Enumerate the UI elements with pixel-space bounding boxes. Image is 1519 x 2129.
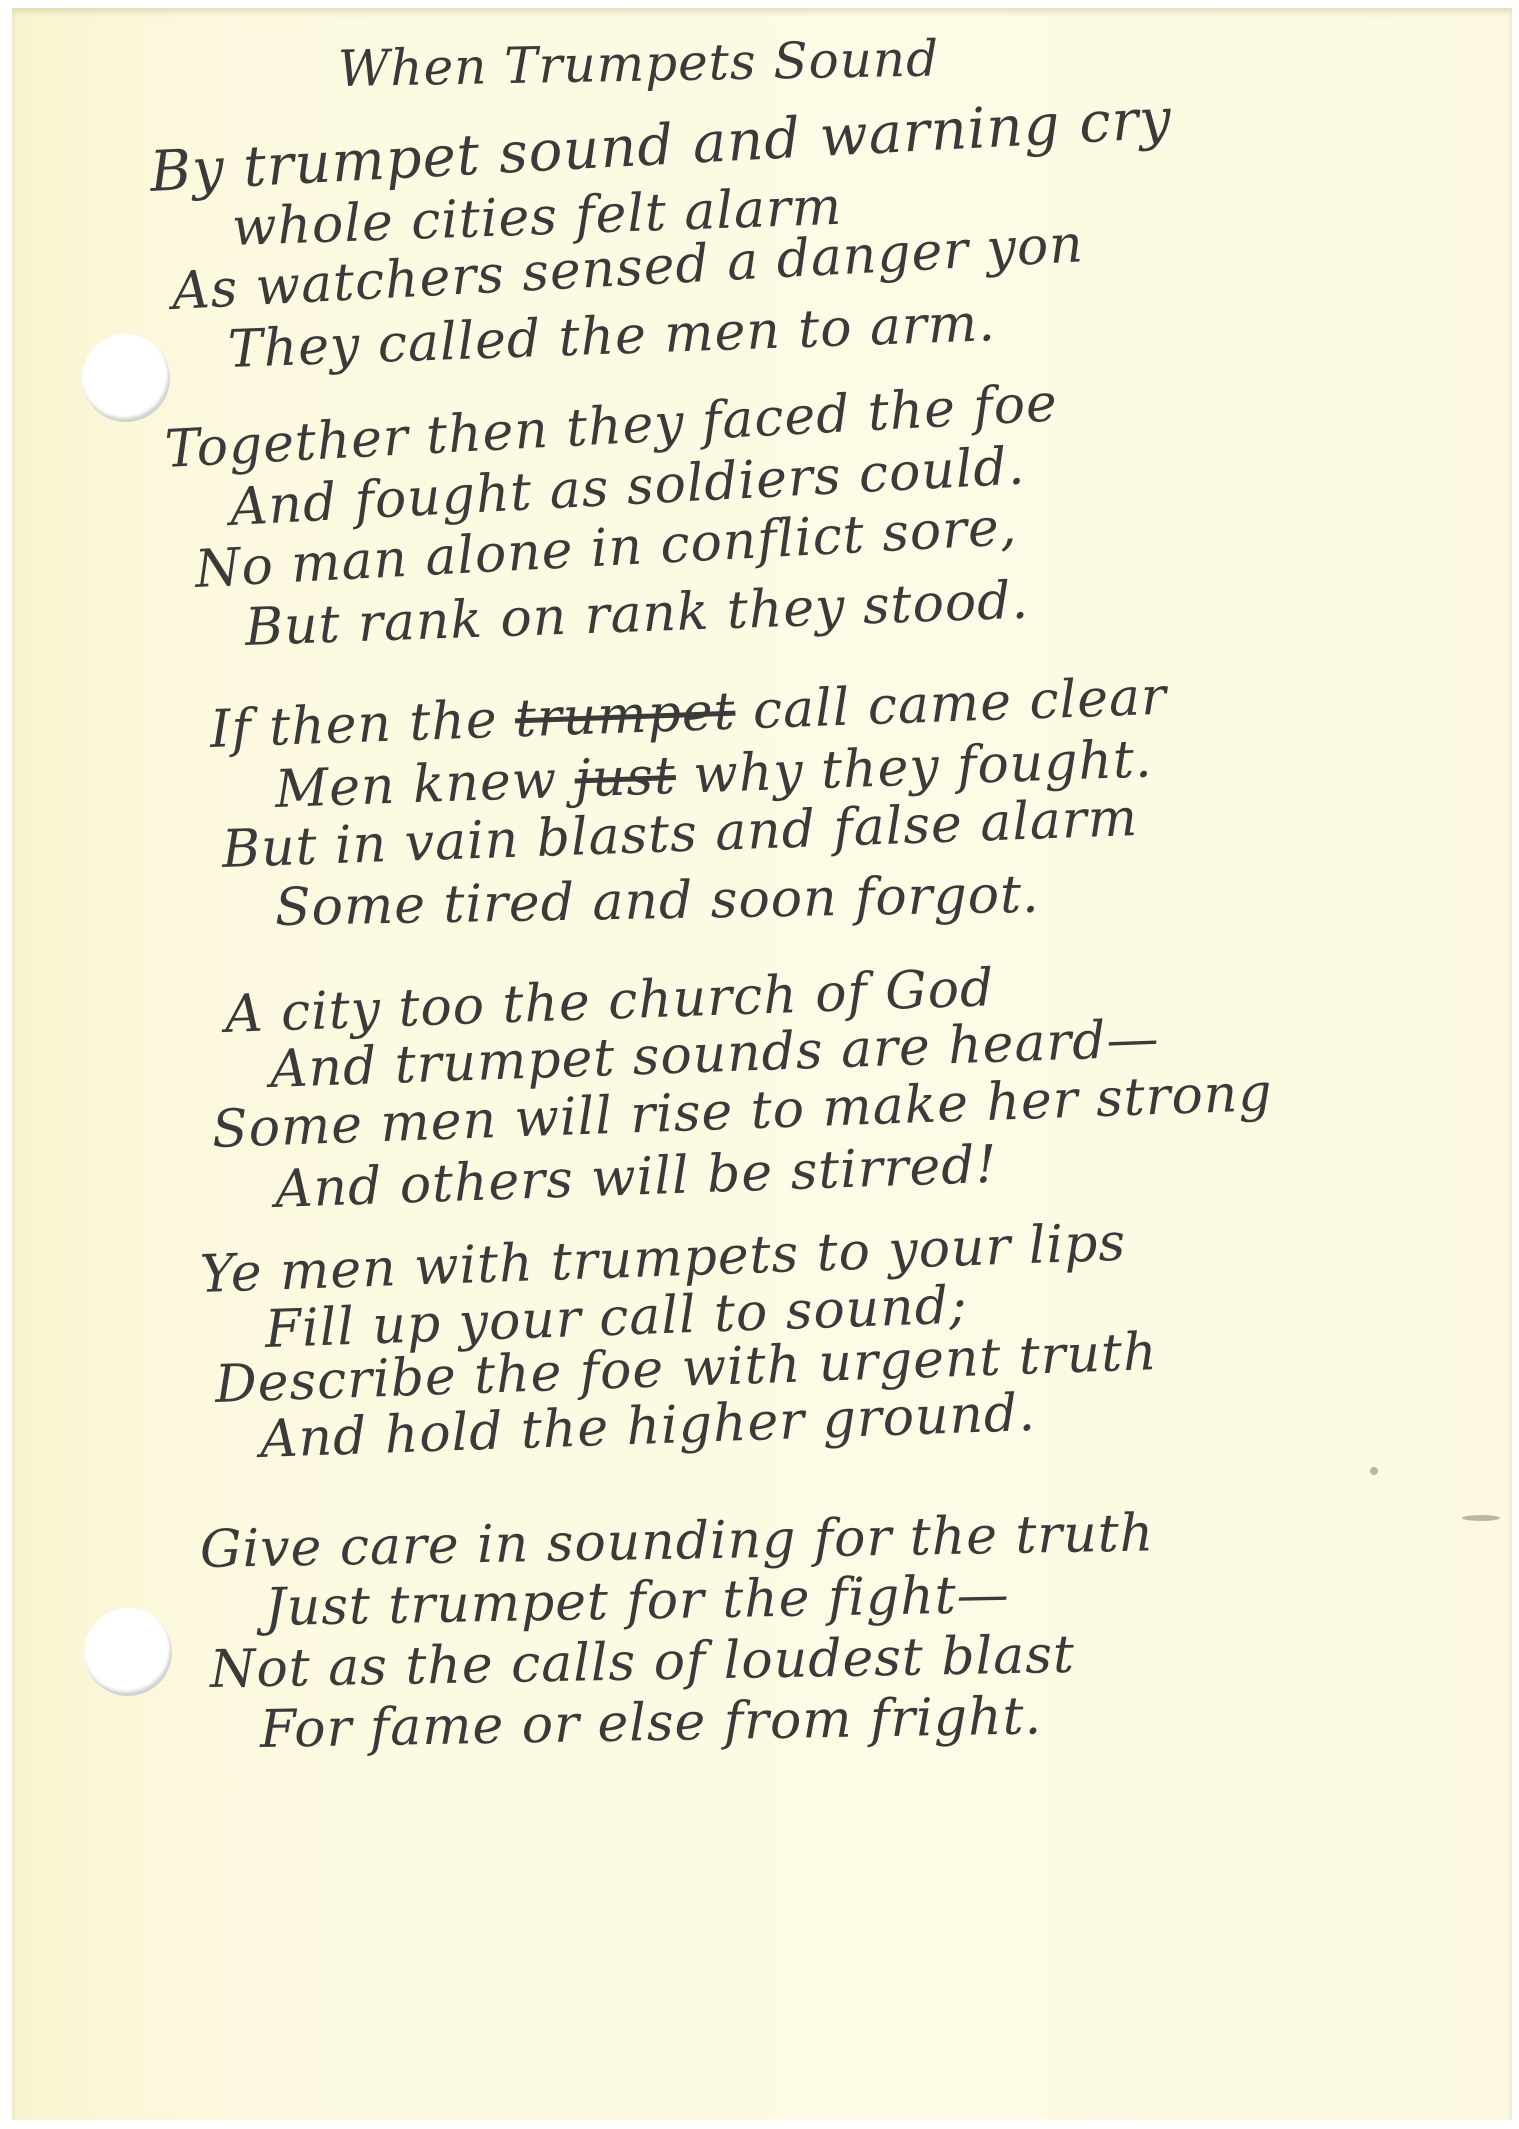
struck-word: just (574, 746, 677, 809)
paper-speck (1462, 1515, 1500, 1521)
binder-hole-top (82, 334, 170, 422)
binder-hole-bottom (84, 1608, 172, 1696)
paper-speck (1370, 1467, 1378, 1475)
struck-word: trumpet (514, 682, 736, 750)
poem-title: When Trumpets Sound (337, 30, 939, 98)
